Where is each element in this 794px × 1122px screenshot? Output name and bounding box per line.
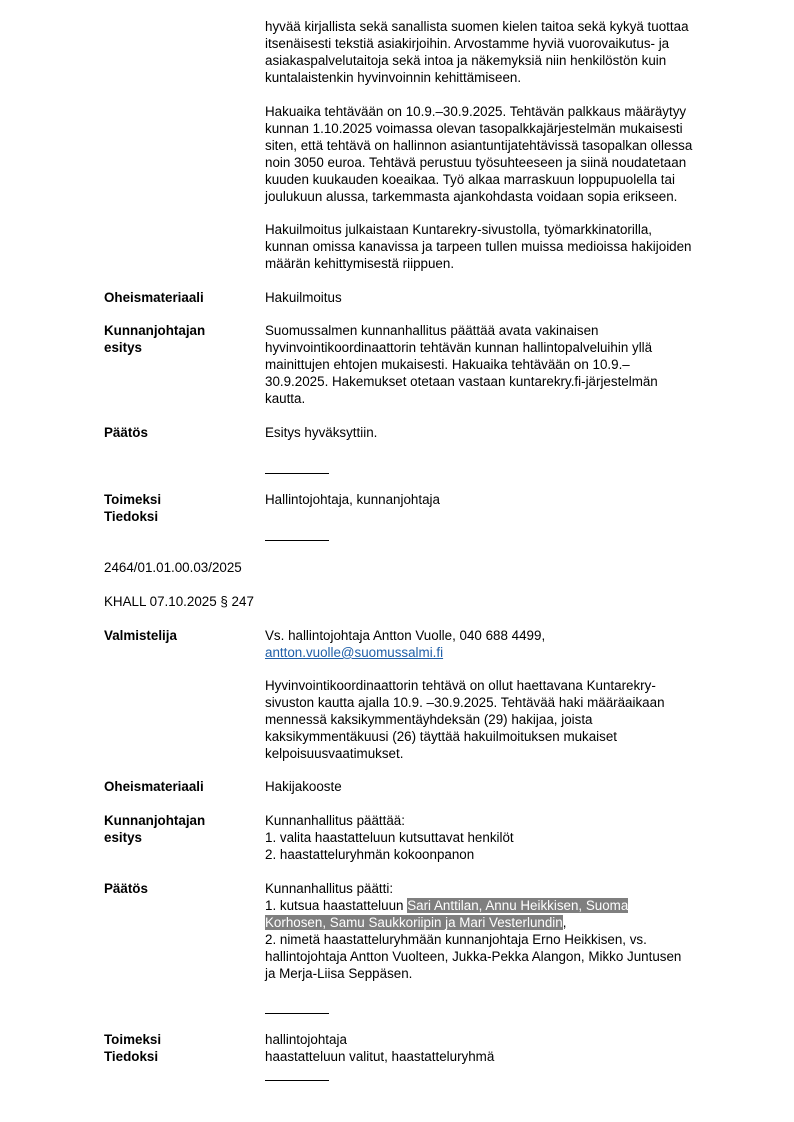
hakuaika-paragraph: Hakuaika tehtävään on 10.9.–30.9.2025. T… [265,104,745,205]
toimeksi-value: Hallintojohtaja, kunnanjohtaja [265,492,745,509]
text-line: kuuden kuukauden koeaikaa. Työ alkaa mar… [265,172,745,189]
text-line: kaksikymmentäkuusi (26) täyttää hakuilmo… [265,729,745,746]
meeting-reference: KHALL 07.10.2025 § 247 [104,594,254,611]
text-line: Suomussalmen kunnanhallitus päättää avat… [265,323,745,340]
email-link[interactable]: antton.vuolle@suomussalmi.fi [265,645,443,660]
text-line: kelpoisuusvaatimukset. [265,746,745,763]
paatos-label: Päätös [104,881,254,898]
document-page: hyvää kirjallista sekä sanallista suomen… [0,0,794,1122]
highlighted-names: Korhosen, Samu Saukkoriipin ja Mari Vest… [265,915,563,930]
text-line: Hyvinvointikoordinaattorin tehtävä on ol… [265,678,745,695]
text-fragment: 1. kutsua haastatteluun [265,898,407,913]
preparer-contact: Vs. hallintojohtaja Antton Vuolle, 040 6… [265,628,745,645]
text-line: hallintojohtaja [265,1032,745,1049]
text-line: 2. haastatteluryhmän kokoonpanon [265,847,745,864]
separator-line [265,1013,329,1014]
separator-line [265,1080,329,1081]
label-line: Tiedoksi [104,509,254,526]
text-line: joulukuun alussa, tarkemmasta ajankohdas… [265,189,745,206]
text-line: Korhosen, Samu Saukkoriipin ja Mari Vest… [265,915,745,932]
text-line: asiakaspalvelutaitoja sekä intoa ja näke… [265,53,745,70]
text-line: mennessä kaksikymmentäyhdeksän (29) haki… [265,712,745,729]
text-line: kunnan 1.10.2025 voimassa olevan tasopal… [265,121,745,138]
separator-line [265,473,329,474]
paatos-value: Esitys hyväksyttiin. [265,425,745,442]
esitys-text: Suomussalmen kunnanhallitus päättää avat… [265,323,745,408]
valmistelija-label: Valmistelija [104,628,254,645]
separator-line [265,540,329,541]
text-line: Kunnanhallitus päätti: [265,881,745,898]
oheismateriaali-label: Oheismateriaali [104,290,254,307]
esitys-text: Kunnanhallitus päättää: 1. valita haasta… [265,813,745,864]
text-line: sivuston kautta ajalla 10.9. –30.9.2025.… [265,695,745,712]
oheismateriaali-value[interactable]: Hakijakooste [265,779,745,796]
text-line: hallintojohtaja Antton Vuolteen, Jukka-P… [265,949,745,966]
intro-paragraph: hyvää kirjallista sekä sanallista suomen… [265,19,745,87]
oheismateriaali-label: Oheismateriaali [104,779,254,796]
text-line: määrän kehittymisestä riippuen. [265,256,745,273]
text-line: ja Merja-Liisa Seppäsen. [265,966,745,983]
text-line: hyvinvointikoordinaattorin tehtävän kunn… [265,340,745,357]
text-line: siten, että tehtävä on hallinnon asiantu… [265,138,745,155]
toimeksi-label: Toimeksi Tiedoksi [104,492,254,526]
diary-number: 2464/01.01.00.03/2025 [104,560,242,577]
text-line: 30.9.2025. Hakemukset otetaan vastaan ku… [265,374,745,391]
text-line: itsenäisesti tekstiä asiakirjoihin. Arvo… [265,36,745,53]
label-line: Toimeksi [104,1032,254,1049]
text-line: 1. kutsua haastatteluun Sari Anttilan, A… [265,898,745,915]
background-paragraph: Hyvinvointikoordinaattorin tehtävä on ol… [265,678,745,763]
label-line: Tiedoksi [104,1049,254,1066]
text-line: haastatteluun valitut, haastatteluryhmä [265,1049,745,1066]
highlighted-names: Sari Anttilan, Annu Heikkisen, Suoma [407,898,628,913]
valmistelija-value: Vs. hallintojohtaja Antton Vuolle, 040 6… [265,628,745,662]
text-line: hyvää kirjallista sekä sanallista suomen… [265,19,745,36]
text-line: Kunnanhallitus päättää: [265,813,745,830]
paatos-text: Kunnanhallitus päätti: 1. kutsua haastat… [265,881,745,982]
text-line: kunnan omissa kanavissa ja tarpeen tulle… [265,239,745,256]
text-line: mainittujen ehtojen mukaisesti. Hakuaika… [265,357,745,374]
text-fragment: , [563,915,567,930]
hakuilmoitus-paragraph: Hakuilmoitus julkaistaan Kuntarekry-sivu… [265,222,745,273]
label-line: Kunnanjohtajan [104,323,254,340]
label-line: esitys [104,830,254,847]
text-line: kautta. [265,391,745,408]
text-line: noin 3050 euroa. Tehtävä perustuu työsuh… [265,155,745,172]
toimeksi-value: hallintojohtaja haastatteluun valitut, h… [265,1032,745,1066]
text-line: Hakuilmoitus julkaistaan Kuntarekry-sivu… [265,222,745,239]
paatos-label: Päätös [104,425,254,442]
oheismateriaali-value[interactable]: Hakuilmoitus [265,290,745,307]
label-line: Kunnanjohtajan [104,813,254,830]
esitys-label: Kunnanjohtajan esitys [104,323,254,357]
label-line: Toimeksi [104,492,254,509]
text-line: Hallintojohtaja, kunnanjohtaja [265,492,745,509]
text-line: kuntalaistenkin hyvinvoinnin kehittämise… [265,70,745,87]
text-line: 2. nimetä haastatteluryhmään kunnanjohta… [265,932,745,949]
text-line: Hakuaika tehtävään on 10.9.–30.9.2025. T… [265,104,745,121]
esitys-label: Kunnanjohtajan esitys [104,813,254,847]
toimeksi-label: Toimeksi Tiedoksi [104,1032,254,1066]
text-line: 1. valita haastatteluun kutsuttavat henk… [265,830,745,847]
label-line: esitys [104,340,254,357]
